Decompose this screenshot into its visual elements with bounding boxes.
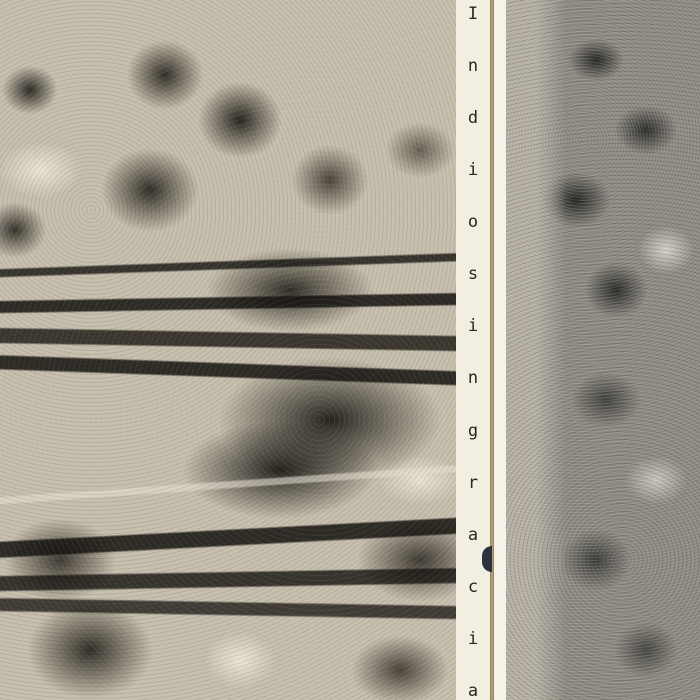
title-letter: a <box>468 683 478 700</box>
title-letter: a <box>468 527 478 544</box>
tab-mark <box>482 546 492 572</box>
title-letter: d <box>468 110 478 127</box>
title-letter: I <box>468 6 478 23</box>
title-letter: n <box>468 370 478 387</box>
title-letter: c <box>468 579 478 596</box>
film-grain <box>0 0 456 700</box>
title-letter: i <box>468 162 478 179</box>
title-letter: i <box>468 631 478 648</box>
title-letter: s <box>468 266 478 283</box>
forest-canopy-photo <box>0 0 456 700</box>
divider-gap <box>494 0 506 700</box>
title-letter: o <box>468 214 478 231</box>
foliage-photo <box>506 0 700 700</box>
film-grain <box>506 0 700 700</box>
title-letter: i <box>468 318 478 335</box>
title-letter: r <box>468 475 478 492</box>
vertical-title: I n d i o s i n g r a c i a <box>456 6 490 700</box>
title-letter: n <box>468 58 478 75</box>
title-letter: g <box>468 423 478 440</box>
